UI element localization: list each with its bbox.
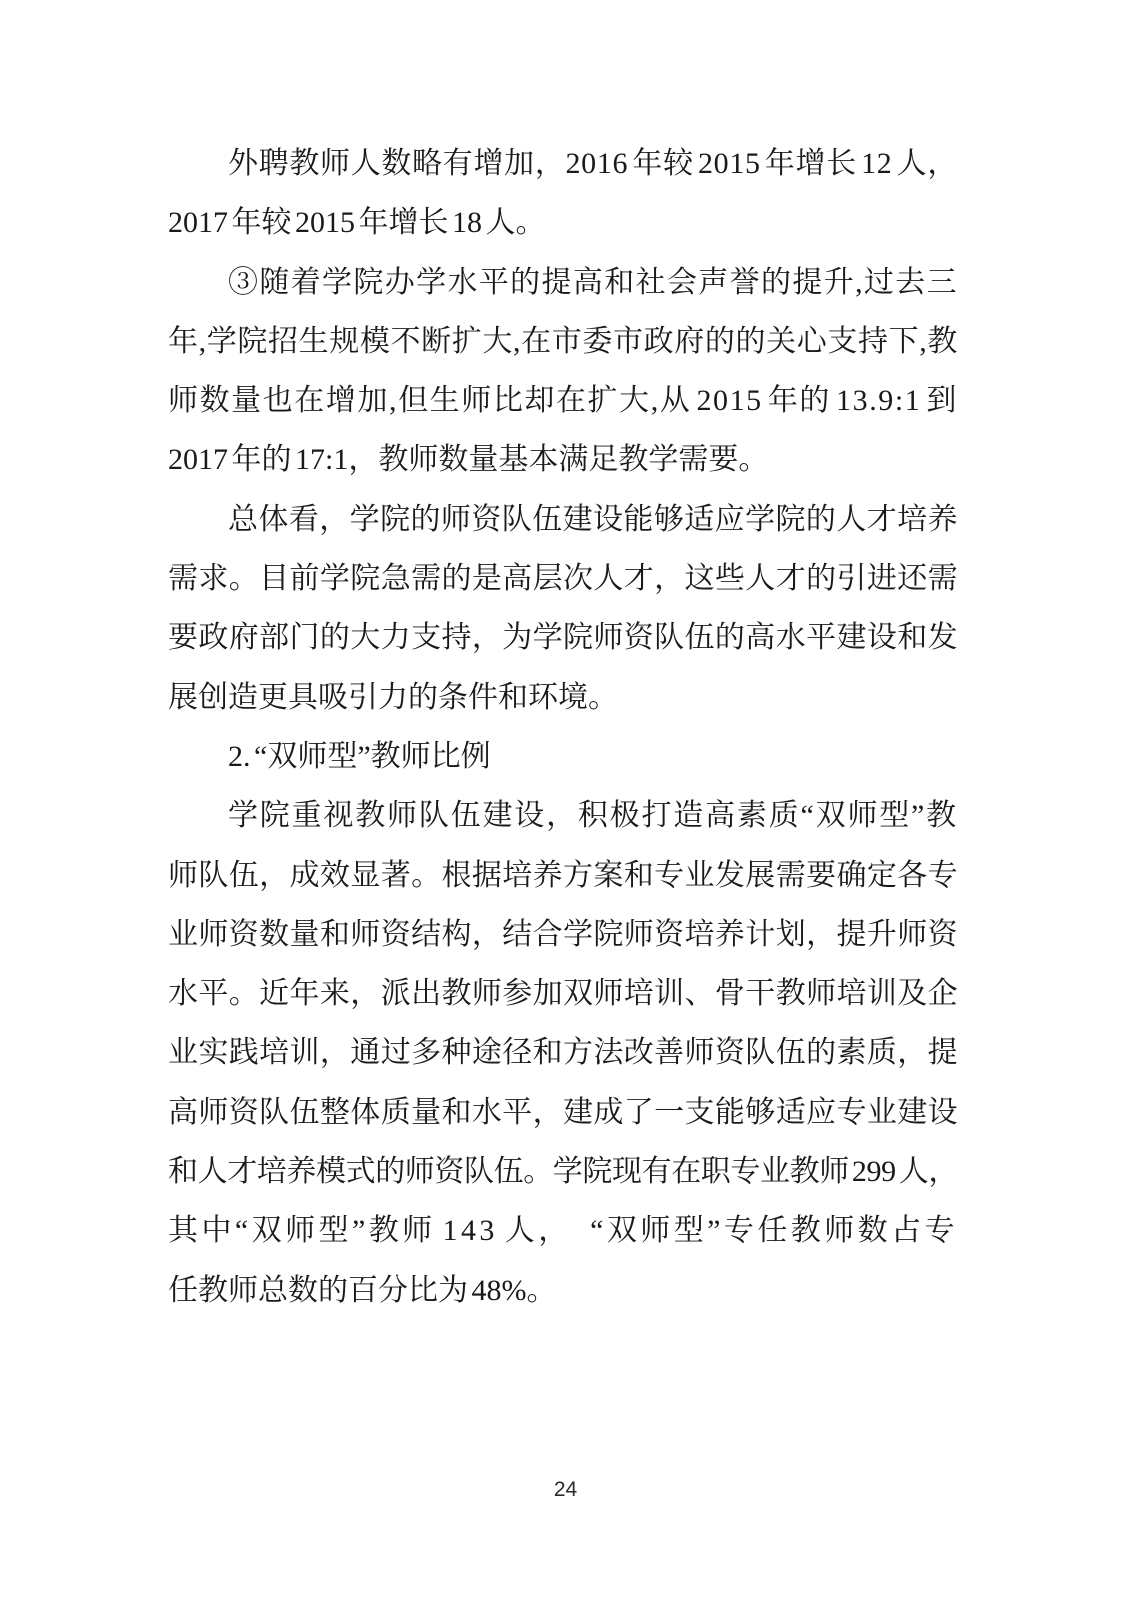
page-number: 24 — [0, 1478, 1131, 1502]
text-line-content: 2. “双师型”教师比例 — [228, 740, 491, 773]
text-block: 外聘教师人数略有增加，2016 年较 2015 年增长 12 人， 2017 年… — [168, 134, 958, 1320]
text-line: 2017 年的 17:1，教师数量基本满足教学需要。 — [168, 430, 958, 489]
document-page: 外聘教师人数略有增加，2016 年较 2015 年增长 12 人， 2017 年… — [0, 0, 1131, 1600]
text-line: 需求。目前学院急需的是高层次人才，这些人才的引进还需 — [168, 549, 958, 608]
text-line-content: 其中“双师型”教师 143 人， “双师型”专任教师数占专 — [168, 1214, 958, 1247]
text-line: 其中“双师型”教师 143 人， “双师型”专任教师数占专 — [168, 1201, 958, 1260]
text-line: 师数量也在增加,但生师比却在扩大,从 2015 年的 13.9:1 到 — [168, 371, 958, 430]
text-line-content: 业师资数量和师资结构，结合学院师资培养计划，提升师资 — [168, 918, 958, 951]
text-line-content: 需求。目前学院急需的是高层次人才，这些人才的引进还需 — [168, 562, 958, 595]
text-line: 总体看，学院的师资队伍建设能够适应学院的人才培养 — [168, 490, 958, 549]
text-line: 学院重视教师队伍建设，积极打造高素质“双师型”教 — [168, 786, 958, 845]
text-line-content: 高师资队伍整体质量和水平，建成了一支能够适应专业建设 — [168, 1096, 958, 1129]
text-line-content: 年,学院招生规模不断扩大,在市委市政府的的关心支持下,教 — [168, 325, 958, 358]
text-line: ③随着学院办学水平的提高和社会声誉的提升,过去三 — [168, 253, 958, 312]
text-line: 2017 年较 2015 年增长 18 人。 — [168, 193, 958, 252]
text-line: 水平。近年来，派出教师参加双师培训、骨干教师培训及企 — [168, 964, 958, 1023]
text-line-content: ③随着学院办学水平的提高和社会声誉的提升,过去三 — [228, 266, 958, 299]
text-line-content: 和人才培养模式的师资队伍。学院现有在职专业教师 299 人， — [168, 1155, 958, 1188]
text-line: 业师资数量和师资结构，结合学院师资培养计划，提升师资 — [168, 905, 958, 964]
text-line: 任教师总数的百分比为 48%。 — [168, 1261, 958, 1320]
text-line: 展创造更具吸引力的条件和环境。 — [168, 668, 958, 727]
text-line: 年,学院招生规模不断扩大,在市委市政府的的关心支持下,教 — [168, 312, 958, 371]
text-line: 要政府部门的大力支持，为学院师资队伍的高水平建设和发 — [168, 608, 958, 667]
text-line-content: 要政府部门的大力支持，为学院师资队伍的高水平建设和发 — [168, 621, 958, 654]
text-line-content: 总体看，学院的师资队伍建设能够适应学院的人才培养 — [228, 503, 958, 536]
text-line-content: 2017 年较 2015 年增长 18 人。 — [168, 206, 546, 239]
text-line: 外聘教师人数略有增加，2016 年较 2015 年增长 12 人， — [168, 134, 958, 193]
text-line: 业实践培训，通过多种途径和方法改善师资队伍的素质，提 — [168, 1023, 958, 1082]
text-line-content: 外聘教师人数略有增加，2016 年较 2015 年增长 12 人， — [228, 147, 958, 180]
text-line-content: 展创造更具吸引力的条件和环境。 — [168, 681, 618, 714]
text-line-content: 业实践培训，通过多种途径和方法改善师资队伍的素质，提 — [168, 1036, 958, 1069]
text-line: 师队伍，成效显著。根据培养方案和专业发展需要确定各专 — [168, 846, 958, 905]
text-line-content: 2017 年的 17:1，教师数量基本满足教学需要。 — [168, 443, 768, 476]
text-line: 和人才培养模式的师资队伍。学院现有在职专业教师 299 人， — [168, 1142, 958, 1201]
text-line-content: 任教师总数的百分比为 48%。 — [168, 1274, 557, 1307]
text-line-content: 师数量也在增加,但生师比却在扩大,从 2015 年的 13.9:1 到 — [168, 384, 958, 417]
text-line-content: 学院重视教师队伍建设，积极打造高素质“双师型”教 — [228, 799, 958, 832]
text-line-content: 水平。近年来，派出教师参加双师培训、骨干教师培训及企 — [168, 977, 958, 1010]
text-line-content: 师队伍，成效显著。根据培养方案和专业发展需要确定各专 — [168, 859, 958, 892]
section-heading: 2. “双师型”教师比例 — [168, 727, 958, 786]
text-line: 高师资队伍整体质量和水平，建成了一支能够适应专业建设 — [168, 1083, 958, 1142]
